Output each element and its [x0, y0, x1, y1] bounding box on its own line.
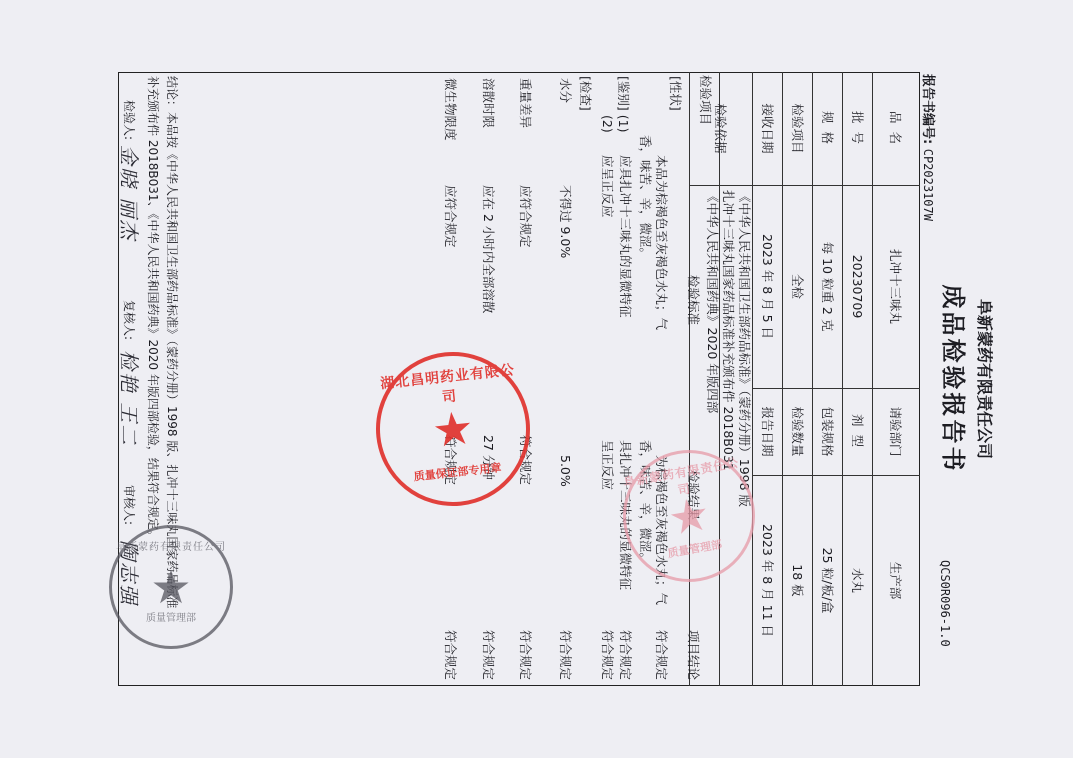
ident1-standard: 应具扎冲十三味丸的显微特征: [617, 155, 633, 318]
basis-line-3: 《中华人民共和国药典》2020 年版四部: [704, 190, 720, 413]
check-conclusion: 符合规定: [517, 630, 533, 680]
received-label: 接收日期: [753, 72, 783, 185]
dosage-form-value: 水丸: [843, 475, 873, 686]
spec-value: 每 10 粒重 2 克: [813, 185, 843, 388]
character-standard-1: 本品为棕褐色至灰褐色水丸；气: [653, 155, 669, 330]
report-date-value: 2023 年 8 月 11 日: [753, 475, 783, 686]
quantity-label: 检验数量: [783, 388, 813, 475]
package-value: 25 粒/板/盒: [813, 475, 843, 686]
report-number: 报告书编号: CP2023107W: [920, 74, 939, 221]
check-item: 溶散时限: [480, 78, 496, 128]
reviewer-signature: 检艳 王二: [116, 350, 145, 446]
check-item: 微生物限度: [442, 78, 458, 141]
check-item: 水分: [557, 78, 573, 103]
check-standard: 应符合规定: [442, 185, 458, 248]
report-number-label: 报告书编号:: [920, 74, 935, 144]
package-label: 包装规格: [813, 388, 843, 475]
approver-label: 审核人:: [121, 485, 138, 525]
col-header-item: 检验项目: [697, 75, 713, 125]
character-conclusion: 符合规定: [653, 630, 669, 680]
check-standard: 应在 2 小时内全部溶散: [480, 185, 496, 313]
items-value: 全检: [783, 185, 813, 388]
dept-value: 生产部: [873, 475, 920, 686]
received-value: 2023 年 8 月 5 日: [753, 185, 783, 388]
basis-line-2: 扎冲十三味丸国家药品标准补充颁布件 2018B031: [720, 190, 736, 471]
identification-no-2: (2): [600, 115, 615, 133]
star-icon: ★: [150, 564, 191, 610]
dosage-form-label: 剂 型: [843, 388, 873, 475]
star-icon: ★: [430, 404, 476, 454]
col-header-standard: 检验标准: [685, 275, 701, 325]
check-standard: 应符合规定: [517, 185, 533, 248]
batch-label: 批 号: [843, 72, 873, 185]
report-page: 阜新蒙药有限责任公司 成品检验报告书 QCS0R096-1.0 报告书编号: C…: [0, 0, 1073, 758]
ident2-result: 呈正反应: [599, 440, 615, 490]
ident1-conclusion: 符合规定: [617, 630, 633, 680]
product-name-value: 扎冲十三味丸: [873, 185, 920, 388]
check-conclusion: 符合规定: [480, 630, 496, 680]
check-result: 5.0%: [557, 455, 573, 487]
company-name: 阜新蒙药有限责任公司: [974, 0, 997, 758]
inspector-label: 检验人:: [121, 100, 138, 140]
ident2-standard: 应呈正反应: [599, 155, 615, 218]
spec-label: 规 格: [813, 72, 843, 185]
dept-label: 请验部门: [873, 388, 920, 475]
product-name-label: 品 名: [873, 72, 920, 185]
form-code: QCS0R096-1.0: [938, 560, 952, 647]
report-number-value: CP2023107W: [921, 149, 935, 221]
items-label: 检验项目: [783, 72, 813, 185]
check-conclusion: 符合规定: [442, 630, 458, 680]
section-character: [性状]: [667, 76, 685, 111]
inspector-signature: 金晓 丽杰: [116, 145, 145, 241]
reviewer-label: 复核人:: [121, 300, 138, 340]
section-check: [检查]: [577, 76, 595, 111]
check-item: 重量差异: [517, 78, 533, 128]
check-standard: 不得过 9.0%: [557, 185, 573, 258]
ident2-conclusion: 符合规定: [599, 630, 615, 680]
check-conclusion: 符合规定: [557, 630, 573, 680]
section-identification: [鉴别] (1): [615, 76, 633, 132]
col-header-conclusion: 项目结论: [685, 630, 701, 680]
quantity-value: 18 板: [783, 475, 813, 686]
company-seal-gray: 阜新蒙药有限责任公司 ★ 质量管理部: [109, 525, 233, 649]
report-date-label: 报告日期: [753, 388, 783, 475]
character-standard-2: 香，味苦、辛，微涩。: [637, 135, 653, 260]
batch-value: 20230709: [843, 185, 873, 388]
conclusion-line-2: 补充颁布件 2018B031、《中华人民共和国药典》2020 年版四部检验，结果…: [144, 76, 161, 542]
